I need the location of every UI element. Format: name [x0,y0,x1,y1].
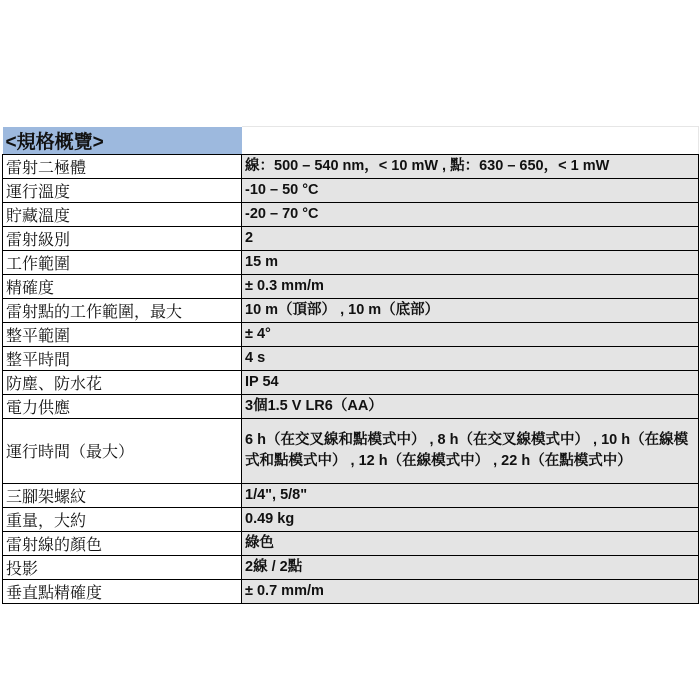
table-row: 貯藏溫度-20 – 70 °C [3,202,699,226]
spec-value: 0.49 kg [242,507,699,531]
spec-label: 整平時間 [3,346,242,370]
table-row: 電力供應3個1.5 V LR6（AA） [3,394,699,418]
spec-value: 2線 / 2點 [242,555,699,579]
table-row: 重量，大約0.49 kg [3,507,699,531]
spec-label: 運行時間（最大） [3,418,242,483]
spec-value: 15 m [242,250,699,274]
spec-value: 2 [242,226,699,250]
spec-overview-title: <規格概覽> [3,127,242,155]
spec-value: 1/4", 5/8" [242,483,699,507]
table-row: 雷射級別2 [3,226,699,250]
spec-value: IP 54 [242,370,699,394]
table-row: 運行時間（最大）6 h（在交叉線和點模式中） , 8 h（在交叉線模式中） , … [3,418,699,483]
spec-table: <規格概覽> 雷射二極體線：500 – 540 nm，< 10 mW , 點：6… [2,126,699,604]
spec-label: 整平範圍 [3,322,242,346]
table-row: 防塵、防水花IP 54 [3,370,699,394]
table-row: 整平時間4 s [3,346,699,370]
spec-label: 貯藏溫度 [3,202,242,226]
header-blank-cell [242,127,699,155]
spec-label: 雷射線的顏色 [3,531,242,555]
spec-label: 雷射點的工作範圍，最大 [3,298,242,322]
spec-label: 工作範圍 [3,250,242,274]
table-row: 運行溫度-10 – 50 °C [3,178,699,202]
spec-label: 投影 [3,555,242,579]
spec-value: -20 – 70 °C [242,202,699,226]
spec-value: 10 m（頂部） , 10 m（底部） [242,298,699,322]
spec-value: ± 4° [242,322,699,346]
spec-value: 線：500 – 540 nm，< 10 mW , 點：630 – 650，< 1… [242,154,699,178]
spec-label: 垂直點精確度 [3,579,242,603]
spec-label: 運行溫度 [3,178,242,202]
spec-value: -10 – 50 °C [242,178,699,202]
spec-value: 綠色 [242,531,699,555]
table-row: 精確度± 0.3 mm/m [3,274,699,298]
table-row: 三腳架螺紋1/4", 5/8" [3,483,699,507]
spec-label: 三腳架螺紋 [3,483,242,507]
table-row: 整平範圍± 4° [3,322,699,346]
spec-label: 電力供應 [3,394,242,418]
spec-value: 6 h（在交叉線和點模式中） , 8 h（在交叉線模式中） , 10 h（在線模… [242,418,699,483]
spec-value: ± 0.7 mm/m [242,579,699,603]
table-row: 雷射二極體線：500 – 540 nm，< 10 mW , 點：630 – 65… [3,154,699,178]
spec-label: 雷射二極體 [3,154,242,178]
spec-label: 重量，大約 [3,507,242,531]
spec-value: 3個1.5 V LR6（AA） [242,394,699,418]
spec-label: 精確度 [3,274,242,298]
spec-label: 防塵、防水花 [3,370,242,394]
table-row: 垂直點精確度± 0.7 mm/m [3,579,699,603]
table-row: 雷射線的顏色綠色 [3,531,699,555]
table-row: 工作範圍15 m [3,250,699,274]
spec-label: 雷射級別 [3,226,242,250]
spec-value: ± 0.3 mm/m [242,274,699,298]
spec-value: 4 s [242,346,699,370]
table-row: 投影2線 / 2點 [3,555,699,579]
table-row: 雷射點的工作範圍，最大10 m（頂部） , 10 m（底部） [3,298,699,322]
table-header-row: <規格概覽> [3,127,699,155]
